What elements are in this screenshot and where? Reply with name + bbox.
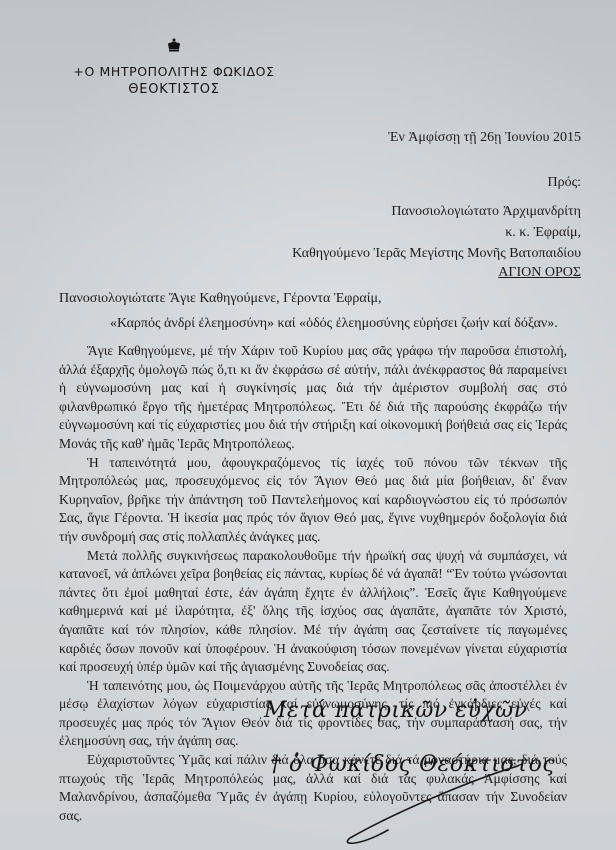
crown-icon [64, 38, 284, 56]
salutation: Πανοσιολογιώτατε Ἅγιε Καθηγούμενε, Γέρον… [59, 291, 381, 307]
body-paragraph: Ἅγιε Καθηγούμενε, μέ τήν Χάριν τοῦ Κυρίο… [59, 342, 567, 454]
recipient-block: Πανοσιολογιώτατο Ἀρχιμανδρίτη κ. κ. Ἐφρα… [292, 201, 581, 264]
body-paragraph: Μετά πολλῆς συγκινήσεως παρακολουθοῦμε τ… [59, 547, 567, 677]
letterhead-title: +Ο ΜΗΤΡΟΠΟΛΙΤΗΣ ΦΩΚΙΔΟΣ [64, 64, 284, 79]
letter-date: Ἐν Ἀμφίσσῃ τῇ 26ῃ Ἰουνίου 2015 [388, 130, 581, 146]
letter-page: +Ο ΜΗΤΡΟΠΟΛΙΤΗΣ ΦΩΚΙΔΟΣ ΘΕΟΚΤΙΣΤΟΣ Ἐν Ἀμ… [0, 0, 616, 850]
recipient-line: κ. κ. Ἐφραίμ, [292, 222, 581, 243]
recipient-line: Πανοσιολογιώτατο Ἀρχιμανδρίτη [292, 201, 581, 222]
body-paragraph: Ἡ ταπεινότητά μου, ἀφουγκραζόμενος τίς ἰ… [59, 454, 567, 547]
recipient-line: Καθηγούμενο Ἱερᾶς Μεγίστης Μονῆς Βατοπαι… [292, 243, 581, 264]
handwritten-closing: Μετά πατρικῶν εὐχῶν [264, 698, 527, 723]
signature-flourish [300, 760, 530, 850]
motto-quote: «Καρπός ἀνδρί ἐλεημοσύνη» καί «ὁδός ἐλεη… [110, 316, 558, 332]
letterhead-name: ΘΕΟΚΤΙΣΤΟΣ [64, 82, 284, 97]
destination: ΑΓΙΟΝ ΟΡΟΣ [498, 265, 581, 281]
letterhead: +Ο ΜΗΤΡΟΠΟΛΙΤΗΣ ΦΩΚΙΔΟΣ ΘΕΟΚΤΙΣΤΟΣ [64, 38, 284, 97]
to-label: Πρός: [547, 175, 581, 191]
